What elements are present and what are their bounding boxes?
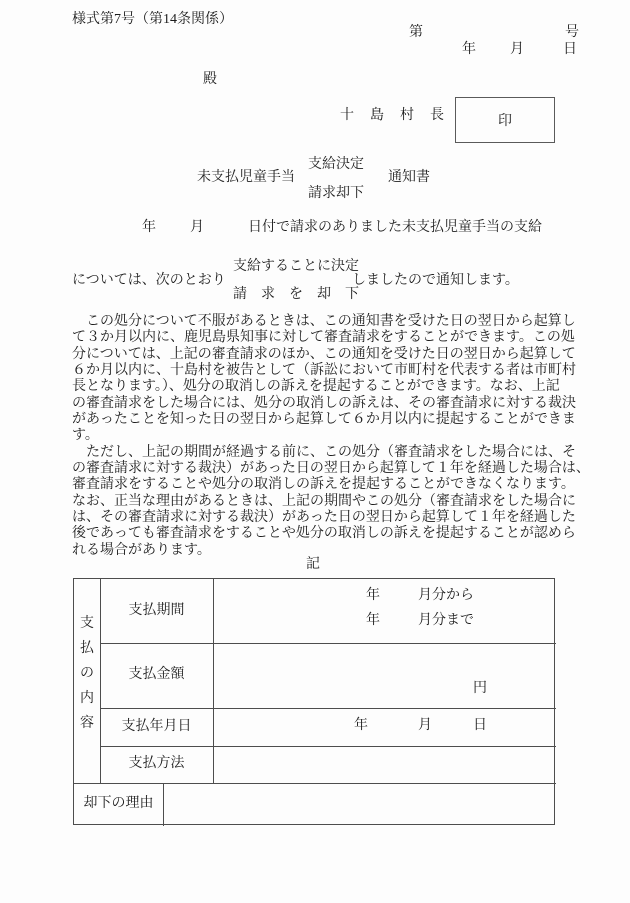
title-option-reject: 請求却下 [308, 186, 364, 202]
request-month-label: 月 [190, 220, 204, 236]
vertical-header-char: 払 [80, 636, 94, 661]
doc-number-prefix: 第 [409, 25, 423, 41]
title-subject: 未支払児童手当 [197, 170, 295, 186]
para1-line: があったことを知った日の翌日から起算して６か月以内に提起することができま [72, 412, 590, 428]
document-page: { "colors": { "text": "#1c1c1c", "border… [0, 0, 630, 903]
date-month-label: 月 [510, 42, 524, 58]
para1-line: す。 [72, 428, 590, 444]
form-number: 様式第7号（第14条関係） [72, 12, 233, 28]
table-vertical-header: 支 払 の 内 容 [74, 611, 100, 736]
table-divider-row-1 [100, 643, 556, 644]
date-year-label: 年 [462, 42, 476, 58]
decision-tail: しましたので通知します。 [352, 273, 519, 289]
pay-date-day: 日 [473, 718, 487, 734]
para1-line: この処分について不服があるときは、この通知書を受けた日の翌日から起算し [72, 314, 590, 330]
addressee-honorific: 殿 [203, 72, 217, 88]
doc-number-suffix: 号 [565, 25, 579, 41]
para1-line: て３か月以内に、鹿児島県知事に対して審査請求をすることができます。この処 [72, 330, 590, 346]
appeal-notice-paragraphs: この処分について不服があるときは、この通知書を受けた日の翌日から起算し て３か月… [72, 314, 590, 559]
record-marker: 記 [306, 557, 320, 573]
table-divider-vertical-3 [163, 783, 164, 826]
seal-box: 印 [455, 97, 555, 143]
para1-line: ６か月以内に、十島村を被告として（訴訟において市町村を代表する者は市町村 [72, 363, 590, 379]
pay-date-year: 年 [354, 718, 368, 734]
para2-line: なお、正当な理由があるときは、上記の期間やこの処分（審査請求をした場合に [72, 494, 590, 510]
para2-line: の審査請求に対する裁決）があった日の翌日から起算して１年を経過した場合は、 [72, 461, 590, 477]
para1-line: の審査請求をした場合には、処分の取消しの訴えは、その審査請求に対する裁決 [72, 396, 590, 412]
para2-line: ただし、上記の期間が経過する前に、この処分（審査請求をした場合には、そ [72, 445, 590, 461]
period-from-year: 年 [366, 588, 380, 604]
row-label-payment-period: 支払期間 [100, 603, 213, 619]
row-label-payment-method: 支払方法 [100, 756, 213, 772]
para1-line: 分については、上記の審査請求のほか、この通知を受けた日の翌日から起算して [72, 347, 590, 363]
row-label-payment-amount: 支払金額 [100, 667, 213, 683]
period-from-month: 月分から [418, 588, 474, 604]
decision-option-grant: 支給することに決定 [233, 259, 359, 275]
title-doc-type: 通知書 [388, 170, 430, 186]
vertical-header-char: 内 [80, 686, 94, 711]
payment-details-table: 支 払 の 内 容 支払期間 支払金額 支払年月日 支払方法 却下の理由 年 月… [73, 578, 555, 825]
table-divider-row-4 [74, 783, 556, 784]
vertical-header-char: 支 [80, 611, 94, 636]
request-year-label: 年 [142, 220, 156, 236]
para1-line: 長となります。）、処分の取消しの訴えを提起することができます。なお、上記 [72, 379, 590, 395]
seal-placeholder: 印 [498, 110, 512, 130]
para2-line: れる場合があります。 [72, 543, 590, 559]
amount-unit: 円 [473, 681, 487, 697]
decision-option-reject: 請求を却下 [233, 287, 373, 303]
row-label-rejection-reason: 却下の理由 [74, 796, 163, 812]
para2-line: 後であっても審査請求をすることや処分の取消しの訴えを提起することが認めら [72, 526, 590, 542]
pay-date-month: 月 [418, 718, 432, 734]
vertical-header-char: の [80, 661, 94, 686]
table-divider-row-3 [100, 746, 556, 747]
date-day-label: 日 [563, 42, 577, 58]
para2-line: 審査請求をすることや処分の取消しの訴えを提起することができなくなります。 [72, 477, 590, 493]
row-label-payment-date: 支払年月日 [100, 719, 213, 735]
request-text: 日付で請求のありました未支払児童手当の支給 [248, 220, 542, 236]
decision-lead: については、次のとおり [72, 273, 226, 289]
mayor-title: 十島村長 [340, 108, 460, 124]
period-to-month: 月分まで [418, 613, 474, 629]
para2-line: は、その審査請求に対する裁決）があった日の翌日から起算して１年を経過した [72, 510, 590, 526]
table-divider-vertical-2 [213, 579, 214, 783]
table-divider-row-2 [100, 708, 556, 709]
period-to-year: 年 [366, 613, 380, 629]
title-option-grant: 支給決定 [308, 157, 364, 173]
vertical-header-char: 容 [80, 711, 94, 736]
